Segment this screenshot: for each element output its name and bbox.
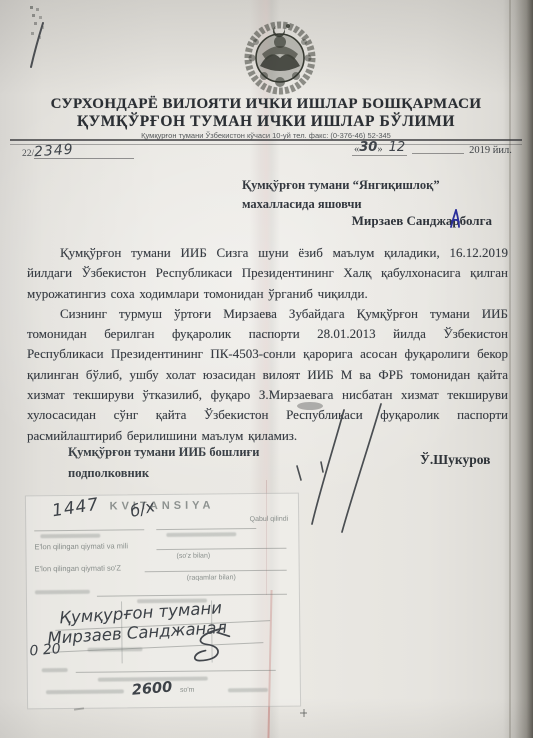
recipient-line1: Қумқўрғон тумани “Янгиқишлоқ” [242, 176, 508, 195]
date-filled-group: « 30 » 12 [352, 140, 407, 156]
receipt-total-handwritten: 2600 [131, 680, 173, 699]
receipt-form: KVITANSIYA 1447 б/х Qabul qilindi E'lon … [25, 493, 301, 710]
receipt-row2-sublabel: (raqamlar bilan) [187, 574, 236, 582]
receipt-row1-sublabel: (so'z bilan) [176, 553, 210, 560]
receipt-row2-label: E'lon qilingan qiymati so'Z [35, 563, 121, 573]
uzbekistan-state-emblem-icon [226, 18, 334, 96]
blue-ink-correction-mark [449, 209, 461, 229]
date-day-handwritten: 30 [359, 140, 377, 155]
receipt-label-received: Qabul qilindi [250, 516, 289, 523]
date-blank-underline [412, 152, 464, 154]
org-name-line2: ҚУМҚЎРҒОН ТУМАН ИЧКИ ИШЛАР БЎЛИМИ [12, 113, 520, 131]
signer-title-line2: подполковник [68, 463, 259, 484]
date-close-quote: » [377, 144, 382, 155]
body-paragraph-1: Қумқўрғон тумани ИИБ Сизга шуни ёзиб маъ… [27, 243, 508, 304]
illegible-bottom-label [228, 688, 268, 692]
receipt-total-suffix: so'm [180, 687, 195, 694]
illegible-sublabel [166, 532, 236, 537]
photocopy-speckles [30, 6, 33, 9]
receipt-number-handwritten: 1447 [51, 494, 101, 521]
illegible-label [35, 590, 90, 595]
org-name-line1: СУРХОНДАРЁ ВИЛОЯТИ ИЧКИ ИШЛАР БОШҚАРМАСИ [12, 96, 520, 113]
receipt-hand-amount-left: 0 20 [29, 641, 61, 659]
date-year: 2019 йил. [469, 145, 512, 156]
pen-slash-mark [28, 22, 46, 68]
signer-title-line1: Қумқўрғон тумани ИИБ бошлиғи [68, 442, 259, 463]
stray-mark [303, 709, 305, 717]
recipient-line2: махалласида яшовчи [242, 195, 508, 214]
receipt-signature-squiggle [187, 626, 233, 664]
recipient-block: Қумқўрғон тумани “Янгиқишлоқ” махалласид… [242, 176, 508, 214]
reference-prefix: 22/ [22, 149, 34, 159]
scanned-letter-page: СУРХОНДАРЁ ВИЛОЯТИ ИЧКИ ИШЛАР БОШҚАРМАСИ… [0, 0, 533, 738]
illegible-label [42, 668, 68, 672]
signer-title-block: Қумқўрғон тумани ИИБ бошлиғи подполковни… [68, 442, 259, 484]
reference-underline [34, 158, 134, 159]
receipt-row1-label: E'lon qilingan qiymati va mili [34, 541, 128, 551]
illegible-sublabel [40, 534, 100, 539]
signer-name: Ў.Шукуров [420, 452, 490, 468]
date-line: « 30 » 12 2019 йил. [352, 140, 512, 156]
illegible-bottom-label [46, 689, 124, 694]
date-month-handwritten: 12 [389, 140, 406, 155]
illegible-cell-text [87, 647, 142, 652]
reference-number: 22/ 2349 [22, 141, 74, 159]
